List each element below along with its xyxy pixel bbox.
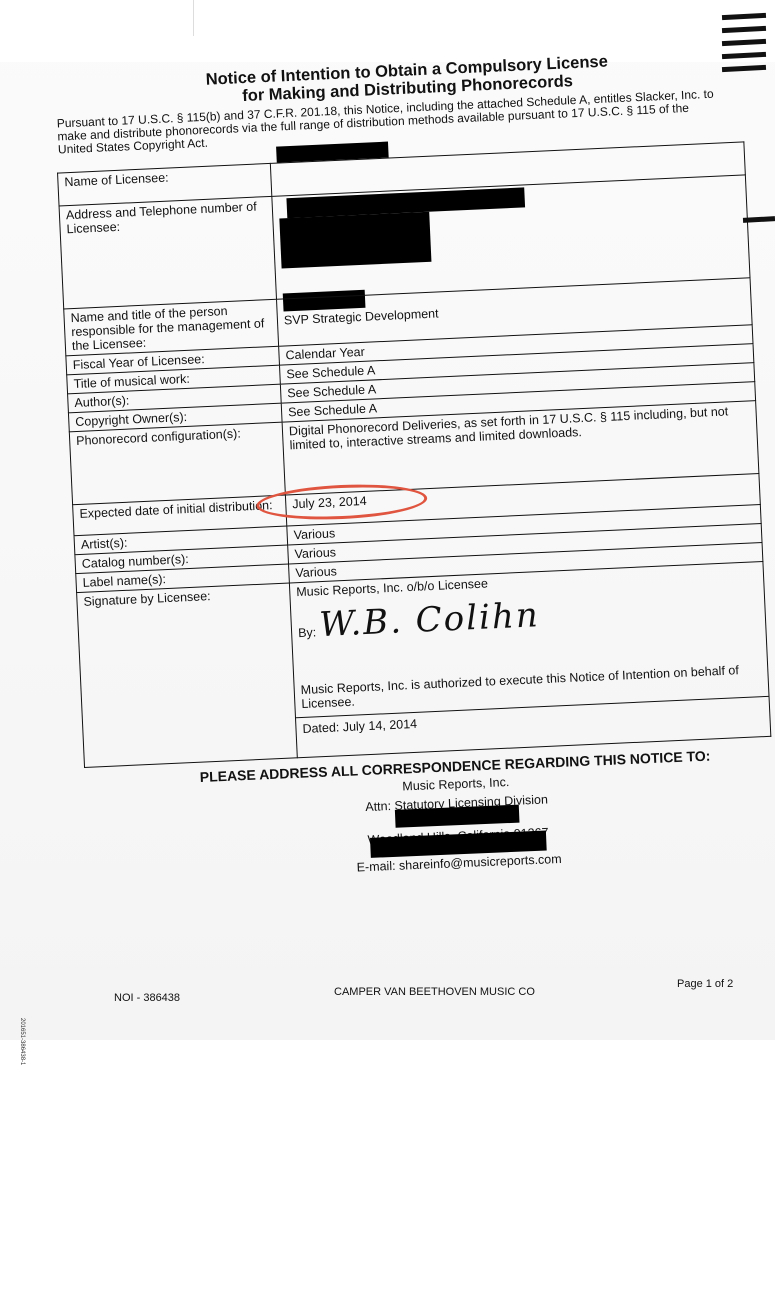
document-side-id: 201651-386438-1 [19,1018,25,1065]
signature-block: Music Reports, Inc. o/b/o Licensee By: W… [289,561,770,757]
redaction-bar [283,290,366,312]
redaction-bar [279,212,431,269]
field-label: Signature by Licensee: [77,583,298,767]
license-form-table: Name of Licensee: Address and Telephone … [57,141,771,768]
table-row: Signature by Licensee: Music Reports, In… [77,561,771,767]
fold-crease [193,0,194,36]
redaction-bar [395,805,520,828]
noi-number: NOI - 386438 [114,992,180,1004]
correspondence-block: PLEASE ADDRESS ALL CORRESPONDENCE REGARD… [175,747,739,885]
page-number: Page 1 of 2 [677,978,733,990]
handwritten-signature: W.B. Colihn [318,595,540,645]
footer-company: CAMPER VAN BEETHOVEN MUSIC CO [334,986,535,998]
field-label: Address and Telephone number of Licensee… [59,196,276,309]
field-label: Phonorecord configuration(s): [69,422,285,505]
by-label: By: [298,625,317,640]
